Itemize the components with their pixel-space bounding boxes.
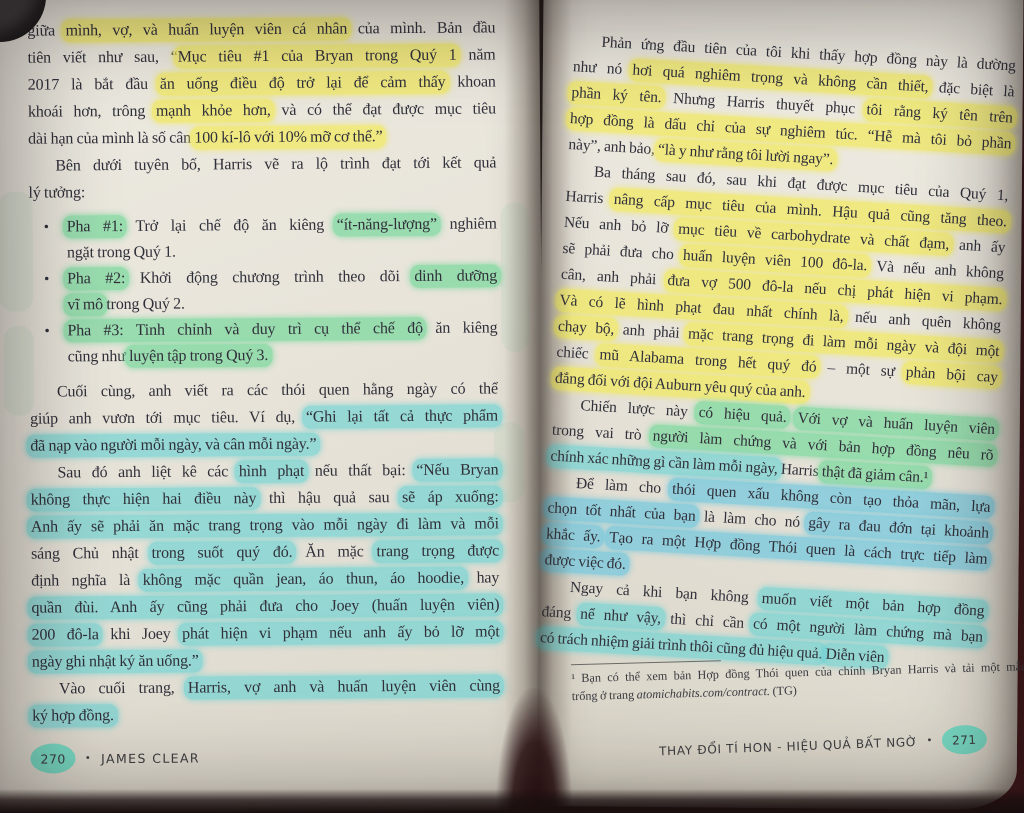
page-number: 271 xyxy=(952,733,977,748)
text-segment: thì hậu quả sau xyxy=(256,489,402,507)
text-line: •Pha #3: Tinh chỉnh và duy trì cụ thể ch… xyxy=(29,315,497,344)
highlight-mark: trang trọng được xyxy=(372,539,503,563)
text-segment: anh phải xyxy=(614,321,689,342)
text-segment: định nghĩa là xyxy=(31,572,143,590)
text-line: •Pha #1: Trở lại chế độ ăn kiêng “ít-năn… xyxy=(29,211,497,240)
text-line: Sau đó anh liệt kê các hình phạt nếu thấ… xyxy=(30,456,498,486)
text-segment: Ăn mặc xyxy=(292,543,376,561)
text-line: đã nạp vào người mỗi ngày, và cân mỗi ng… xyxy=(30,429,498,459)
text-segment: và có thể đạt được mục tiêu xyxy=(271,100,496,119)
footer-chapter-title: THAY ĐỔI TÍ HON - HIỆU QUẢ BẤT NGỜ xyxy=(659,734,918,757)
highlight-mark: “Ghi lại tất cả thực phẩm xyxy=(302,404,502,428)
text-segment: giúp anh vươn tới mục tiêu. Ví dụ, xyxy=(30,409,306,428)
highlight-mark: đã nạp vào người mỗi ngày, và cân mỗi ng… xyxy=(26,433,320,458)
highlight-mark: phản bội cay xyxy=(901,361,1002,390)
highlight-mark: “Nếu Bryan xyxy=(412,458,502,482)
page-left: giữa mình, vợ, và huấn luyện viên cá nhâ… xyxy=(0,0,545,813)
text-line: không thực hiện hai điều này thì hậu quả… xyxy=(31,483,499,513)
text-segment: Chiến lược này xyxy=(580,397,699,421)
highlight-mark: chạy bộ, xyxy=(553,314,618,341)
page-right: Phản ứng đầu tiên của tôi khi thấy hợp đ… xyxy=(536,0,1023,810)
footer-bullet-icon: • xyxy=(927,735,934,746)
highlight-mark: khắc ấy. xyxy=(541,522,605,549)
text-segment: là làm cho nó xyxy=(695,508,809,531)
text-segment: năm xyxy=(457,46,496,63)
text-segment: như nó xyxy=(573,58,633,78)
highlight-mark: phát hiện vi phạm nếu anh ấy bỏ lỡ một xyxy=(178,620,504,645)
text-line: •Pha #2: Khởi động chương trình theo dõi… xyxy=(29,263,497,292)
footnote: ¹ Bạn có thể xem bản Hợp đồng Thói quen … xyxy=(571,652,1024,705)
text-segment: trong Quý 2. xyxy=(103,296,185,314)
highlight-mark: nể như vậy, xyxy=(576,602,666,630)
highlight-mark: “ít-năng-lượng” xyxy=(333,213,441,237)
highlight-mark: được việc đó. xyxy=(540,548,630,576)
text-segment: Để làm cho xyxy=(576,475,673,498)
text-segment: (TG) xyxy=(770,683,797,698)
right-page-footer: THAY ĐỔI TÍ HON - HIỆU QUẢ BẤT NGỜ • 271 xyxy=(659,724,987,765)
text-segment: anh ấy xyxy=(949,236,1006,256)
text-segment: cũng như xyxy=(68,348,130,365)
text-line: giữa mình, vợ, và huấn luyện viên cá nhâ… xyxy=(27,14,495,44)
text-line: sáng Chủ nhật trong suốt quý đó. Ăn mặc … xyxy=(31,537,499,567)
highlight-mark: luyện tập trong Quý 3. xyxy=(125,344,272,368)
highlight-mark: có hiệu quả. xyxy=(694,401,791,429)
text-segment: trống ở trang xyxy=(572,687,637,703)
bullet-icon: • xyxy=(44,319,49,345)
highlight-mark: Pha #2: xyxy=(63,267,129,290)
highlight-mark: phần ký tên. xyxy=(567,81,666,110)
text-line: giúp anh vươn tới mục tiêu. Ví dụ, “Ghi … xyxy=(30,402,498,432)
text-segment: Sau đó anh liệt kê các xyxy=(57,463,238,481)
text-line: vĩ mô trong Quý 2. xyxy=(29,289,497,318)
text-segment: Nếu anh bỏ lỡ xyxy=(564,214,679,238)
highlight-mark: không thực hiện hai điều này xyxy=(27,487,261,512)
text-segment: sẽ phải đưa cho xyxy=(562,240,683,264)
page-number-highlight: 271 xyxy=(942,724,987,755)
text-line: ngặt trong Quý 1. xyxy=(29,237,497,266)
text-line: dài hạn của mình là số cân 100 kí-lô với… xyxy=(28,122,496,152)
text-segment: trong vai trò xyxy=(552,422,654,445)
show-through-mark xyxy=(501,202,530,352)
text-segment: thì chỉ cần xyxy=(661,610,754,632)
highlight-mark: không mặc quần jean, áo thun, áo hoodie, xyxy=(139,567,468,592)
highlight-mark: quần đùi. Anh ấy cũng phải đưa cho Joey … xyxy=(27,593,503,619)
footnote-rule xyxy=(571,660,721,665)
highlight-mark: trong suốt quý đó. xyxy=(147,541,296,565)
text-line: cũng như luyện tập trong Quý 3. xyxy=(30,341,498,370)
highlight-mark: 200 đô-la xyxy=(28,623,103,647)
highlight-mark: Pha #1: xyxy=(63,215,127,238)
text-segment: atomichabits.com/contract. xyxy=(636,684,770,701)
book-photo: giữa mình, vợ, và huấn luyện viên cá nhâ… xyxy=(0,0,1024,813)
text-segment: nếu anh quên không xyxy=(843,308,1001,334)
text-segment: Harris xyxy=(565,188,614,208)
text-line: lý tưởng: xyxy=(28,176,496,206)
text-segment: Bên dưới tuyên bố, Harris vẽ ra lộ trình… xyxy=(55,154,496,174)
footer-author: JAMES CLEAR xyxy=(101,750,200,766)
bullet-icon: • xyxy=(44,215,49,241)
highlight-mark: Pha #3: Tinh chỉnh và duy trì cụ thể chế… xyxy=(63,317,427,343)
text-segment: chiếc xyxy=(556,344,600,363)
highlight-mark: hình phạt xyxy=(235,460,309,484)
text-segment: lý tưởng: xyxy=(28,184,85,201)
text-segment: cân, anh phải xyxy=(561,266,668,289)
text-segment: này”, anh bảo, xyxy=(568,136,658,158)
highlight-mark: mạnh khỏe hơn, xyxy=(152,99,275,123)
left-page-text: giữa mình, vợ, và huấn luyện viên cá nhâ… xyxy=(27,14,500,729)
text-segment: khoái hơn, trông xyxy=(28,103,156,121)
text-segment: ngặt trong Quý 1. xyxy=(67,244,176,262)
text-segment: hay xyxy=(464,569,499,586)
page-number: 270 xyxy=(40,751,65,766)
text-segment: Vào cuối trang, xyxy=(59,680,188,698)
highlight-mark: Anh ấy sẽ phải ăn mặc trang trọng vào mỗ… xyxy=(27,512,503,538)
text-line: khoái hơn, trông mạnh khỏe hơn, và có th… xyxy=(28,95,496,125)
text-segment: dài hạn của mình là số cân xyxy=(28,130,194,148)
text-segment: Cuối cùng, anh viết ra các thói quen hằn… xyxy=(57,380,498,400)
highlight-mark: Harris, vợ anh và huấn luyện viên cùng xyxy=(184,674,504,699)
text-line: ngày ghi nhật ký ăn uống.” xyxy=(32,645,500,675)
text-segment: Trở lại chế độ ăn kiêng xyxy=(123,217,337,235)
right-page-text: Phản ứng đầu tiên của tôi khi thấy hợp đ… xyxy=(539,28,1016,676)
text-segment: nếu thất bại: xyxy=(304,462,416,480)
highlight-mark: ngày ghi nhật ký ăn uống.” xyxy=(28,649,203,673)
text-segment: Và nếu anh không xyxy=(867,257,1005,282)
highlight-mark: dinh dưỡng xyxy=(410,264,501,288)
text-line: Vào cuối trang, Harris, vợ anh và huấn l… xyxy=(32,672,500,702)
highlight-mark: 100 kí-lô với 10% mỡ cơ thể.” xyxy=(190,125,386,149)
text-line: tiên viết như sau, “Mục tiêu #1 của Brya… xyxy=(27,41,495,71)
footer-bullet-icon: • xyxy=(85,753,92,764)
highlight-mark: sẽ áp xuống: xyxy=(398,485,503,509)
text-line: ký hợp đồng. xyxy=(32,699,500,729)
text-segment: khi Joey xyxy=(99,626,182,644)
text-line: Bên dưới tuyên bố, Harris vẽ ra lộ trình… xyxy=(28,149,496,179)
highlight-mark: Mục tiêu #1 của Bryan trong Quý 1 xyxy=(174,44,461,69)
left-page-footer: 270 • JAMES CLEAR xyxy=(30,742,200,773)
text-line: Cuối cùng, anh viết ra các thói quen hằn… xyxy=(30,375,498,405)
text-line: 2017 là bắt đầu ăn uống điều độ trở lại … xyxy=(28,68,496,98)
text-line: 200 đô-la khi Joey phát hiện vi phạm nếu… xyxy=(32,618,500,648)
text-segment: khoan xyxy=(445,73,495,90)
footnote-text: ¹ Bạn có thể xem bản Hợp đồng Thói quen … xyxy=(571,658,1024,705)
highlight-mark: mình, vợ, và huấn luyện viên cá nhân xyxy=(62,17,352,42)
text-line: quần đùi. Anh ấy cũng phải đưa cho Joey … xyxy=(31,591,499,621)
text-segment: 2017 là bắt đầu xyxy=(28,76,160,94)
text-segment: của mình. Bản đầu xyxy=(347,19,495,37)
text-line: Anh ấy sẽ phải ăn mặc trang trọng vào mỗ… xyxy=(31,510,499,540)
text-segment: sáng Chủ nhật xyxy=(31,545,152,563)
page-number-highlight: 270 xyxy=(30,743,76,773)
text-segment: đặc biệt là xyxy=(928,79,1015,101)
text-segment: – một sự xyxy=(816,359,906,381)
text-line: định nghĩa là không mặc quần jean, áo th… xyxy=(31,564,499,594)
text-segment: Khởi động chương trình theo dõi xyxy=(125,268,414,287)
highlight-mark: vĩ mô xyxy=(63,293,107,316)
text-segment: đáng xyxy=(541,603,581,622)
text-segment: Harris xyxy=(777,461,822,481)
bullet-icon: • xyxy=(44,267,49,293)
text-segment: tiên viết như sau, “ xyxy=(28,49,178,67)
text-segment: nghiêm xyxy=(437,215,497,232)
text-segment: ăn kiêng xyxy=(423,319,498,337)
highlight-mark: ký hợp đồng. xyxy=(28,704,118,728)
highlight-mark: ăn uống điều độ trở lại để cảm thấy xyxy=(156,71,450,96)
